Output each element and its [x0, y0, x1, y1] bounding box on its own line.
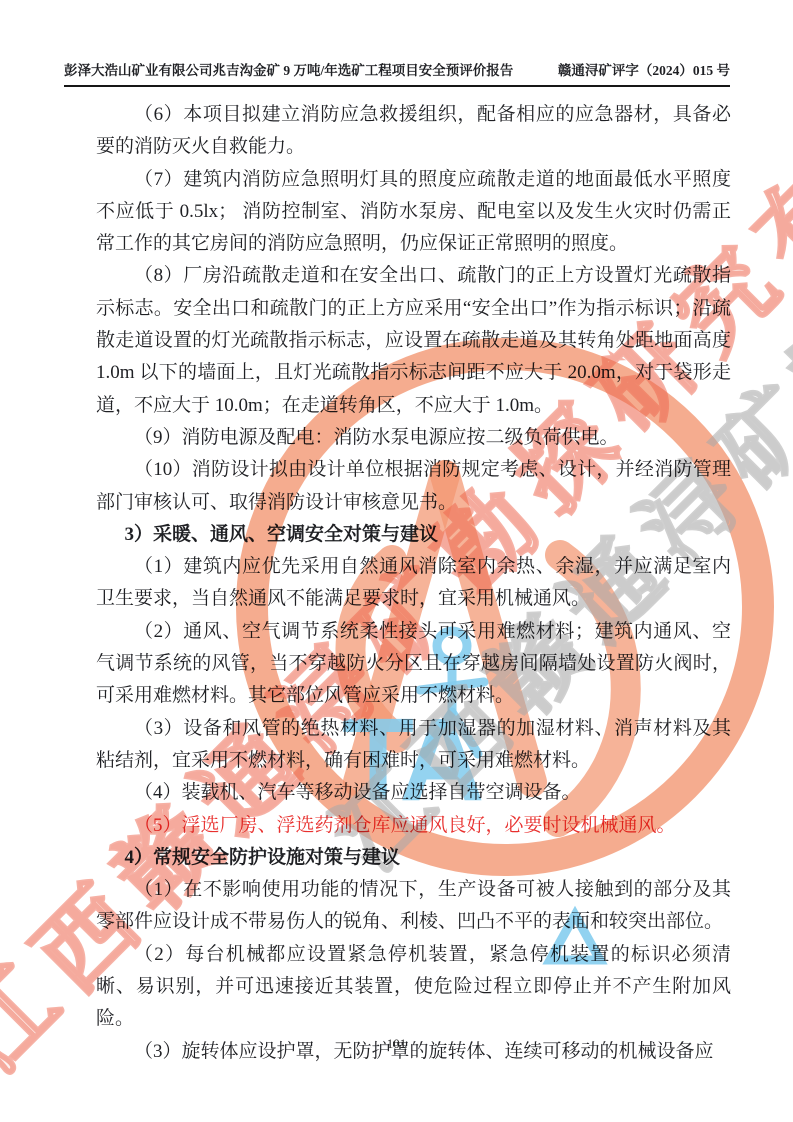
body-paragraph: （2）每台机械都应设置紧急停机装置，紧急停机装置的标识必须清晰、易识别，并可迅速… — [96, 939, 731, 1036]
body-paragraph: （10）消防设计拟由设计单位根据消防规定考虑、设计，并经消防管理部门审核认可、取… — [96, 454, 731, 519]
body-paragraph-highlighted: （5）浮选厂房、浮选药剂仓库应通风良好，必要时设机械通风。 — [96, 810, 731, 842]
body-paragraph: （8）厂房沿疏散走道和在安全出口、疏散门的正上方设置灯光疏散指示标志。安全出口和… — [96, 260, 731, 421]
body-paragraph: （7）建筑内消防应急照明灯具的照度应疏散走道的地面最低水平照度不应低于 0.5l… — [96, 164, 731, 261]
page-header: 彭泽大浩山矿业有限公司兆吉沟金矿 9 万吨/年选矿工程项目安全预评价报告 赣通浔… — [64, 62, 730, 87]
document-page: 彭泽大浩山矿业有限公司兆吉沟金矿 9 万吨/年选矿工程项目安全预评价报告 赣通浔… — [0, 0, 793, 1122]
body-paragraph: （1）建筑内应优先采用自然通风消除室内余热、余湿，并应满足室内卫生要求，当自然通… — [96, 551, 731, 616]
page-number: 101 — [0, 1036, 793, 1052]
body-paragraph: （4）装载机、汽车等移动设备应选择自带空调设备。 — [96, 777, 731, 809]
body-paragraph: （6）本项目拟建立消防应急救援组织，配备相应的应急器材，具备必要的消防灭火自救能… — [96, 99, 731, 164]
section-heading-3: 3）采暖、通风、空调安全对策与建议 — [96, 519, 731, 551]
body-paragraph: （2）通风、空气调节系统柔性接头可采用难燃材料；建筑内通风、空气调节系统的风管，… — [96, 616, 731, 713]
body-paragraph: （3）设备和风管的绝热材料、用于加湿器的加湿材料、消声材料及其粘结剂，宜采用不燃… — [96, 713, 731, 778]
body-paragraph: （9）消防电源及配电：消防水泵电源应按二级负荷供电。 — [96, 422, 731, 454]
report-title: 彭泽大浩山矿业有限公司兆吉沟金矿 9 万吨/年选矿工程项目安全预评价报告 — [64, 62, 513, 80]
body-paragraph: （1）在不影响使用功能的情况下，生产设备可被人接触到的部分及其零部件应设计成不带… — [96, 874, 731, 939]
document-number: 赣通浔矿评字（2024）015 号 — [558, 62, 730, 80]
section-heading-4: 4）常规安全防护设施对策与建议 — [96, 842, 731, 874]
document-body: （6）本项目拟建立消防应急救援组织，配备相应的应急器材，具备必要的消防灭火自救能… — [96, 99, 731, 1068]
